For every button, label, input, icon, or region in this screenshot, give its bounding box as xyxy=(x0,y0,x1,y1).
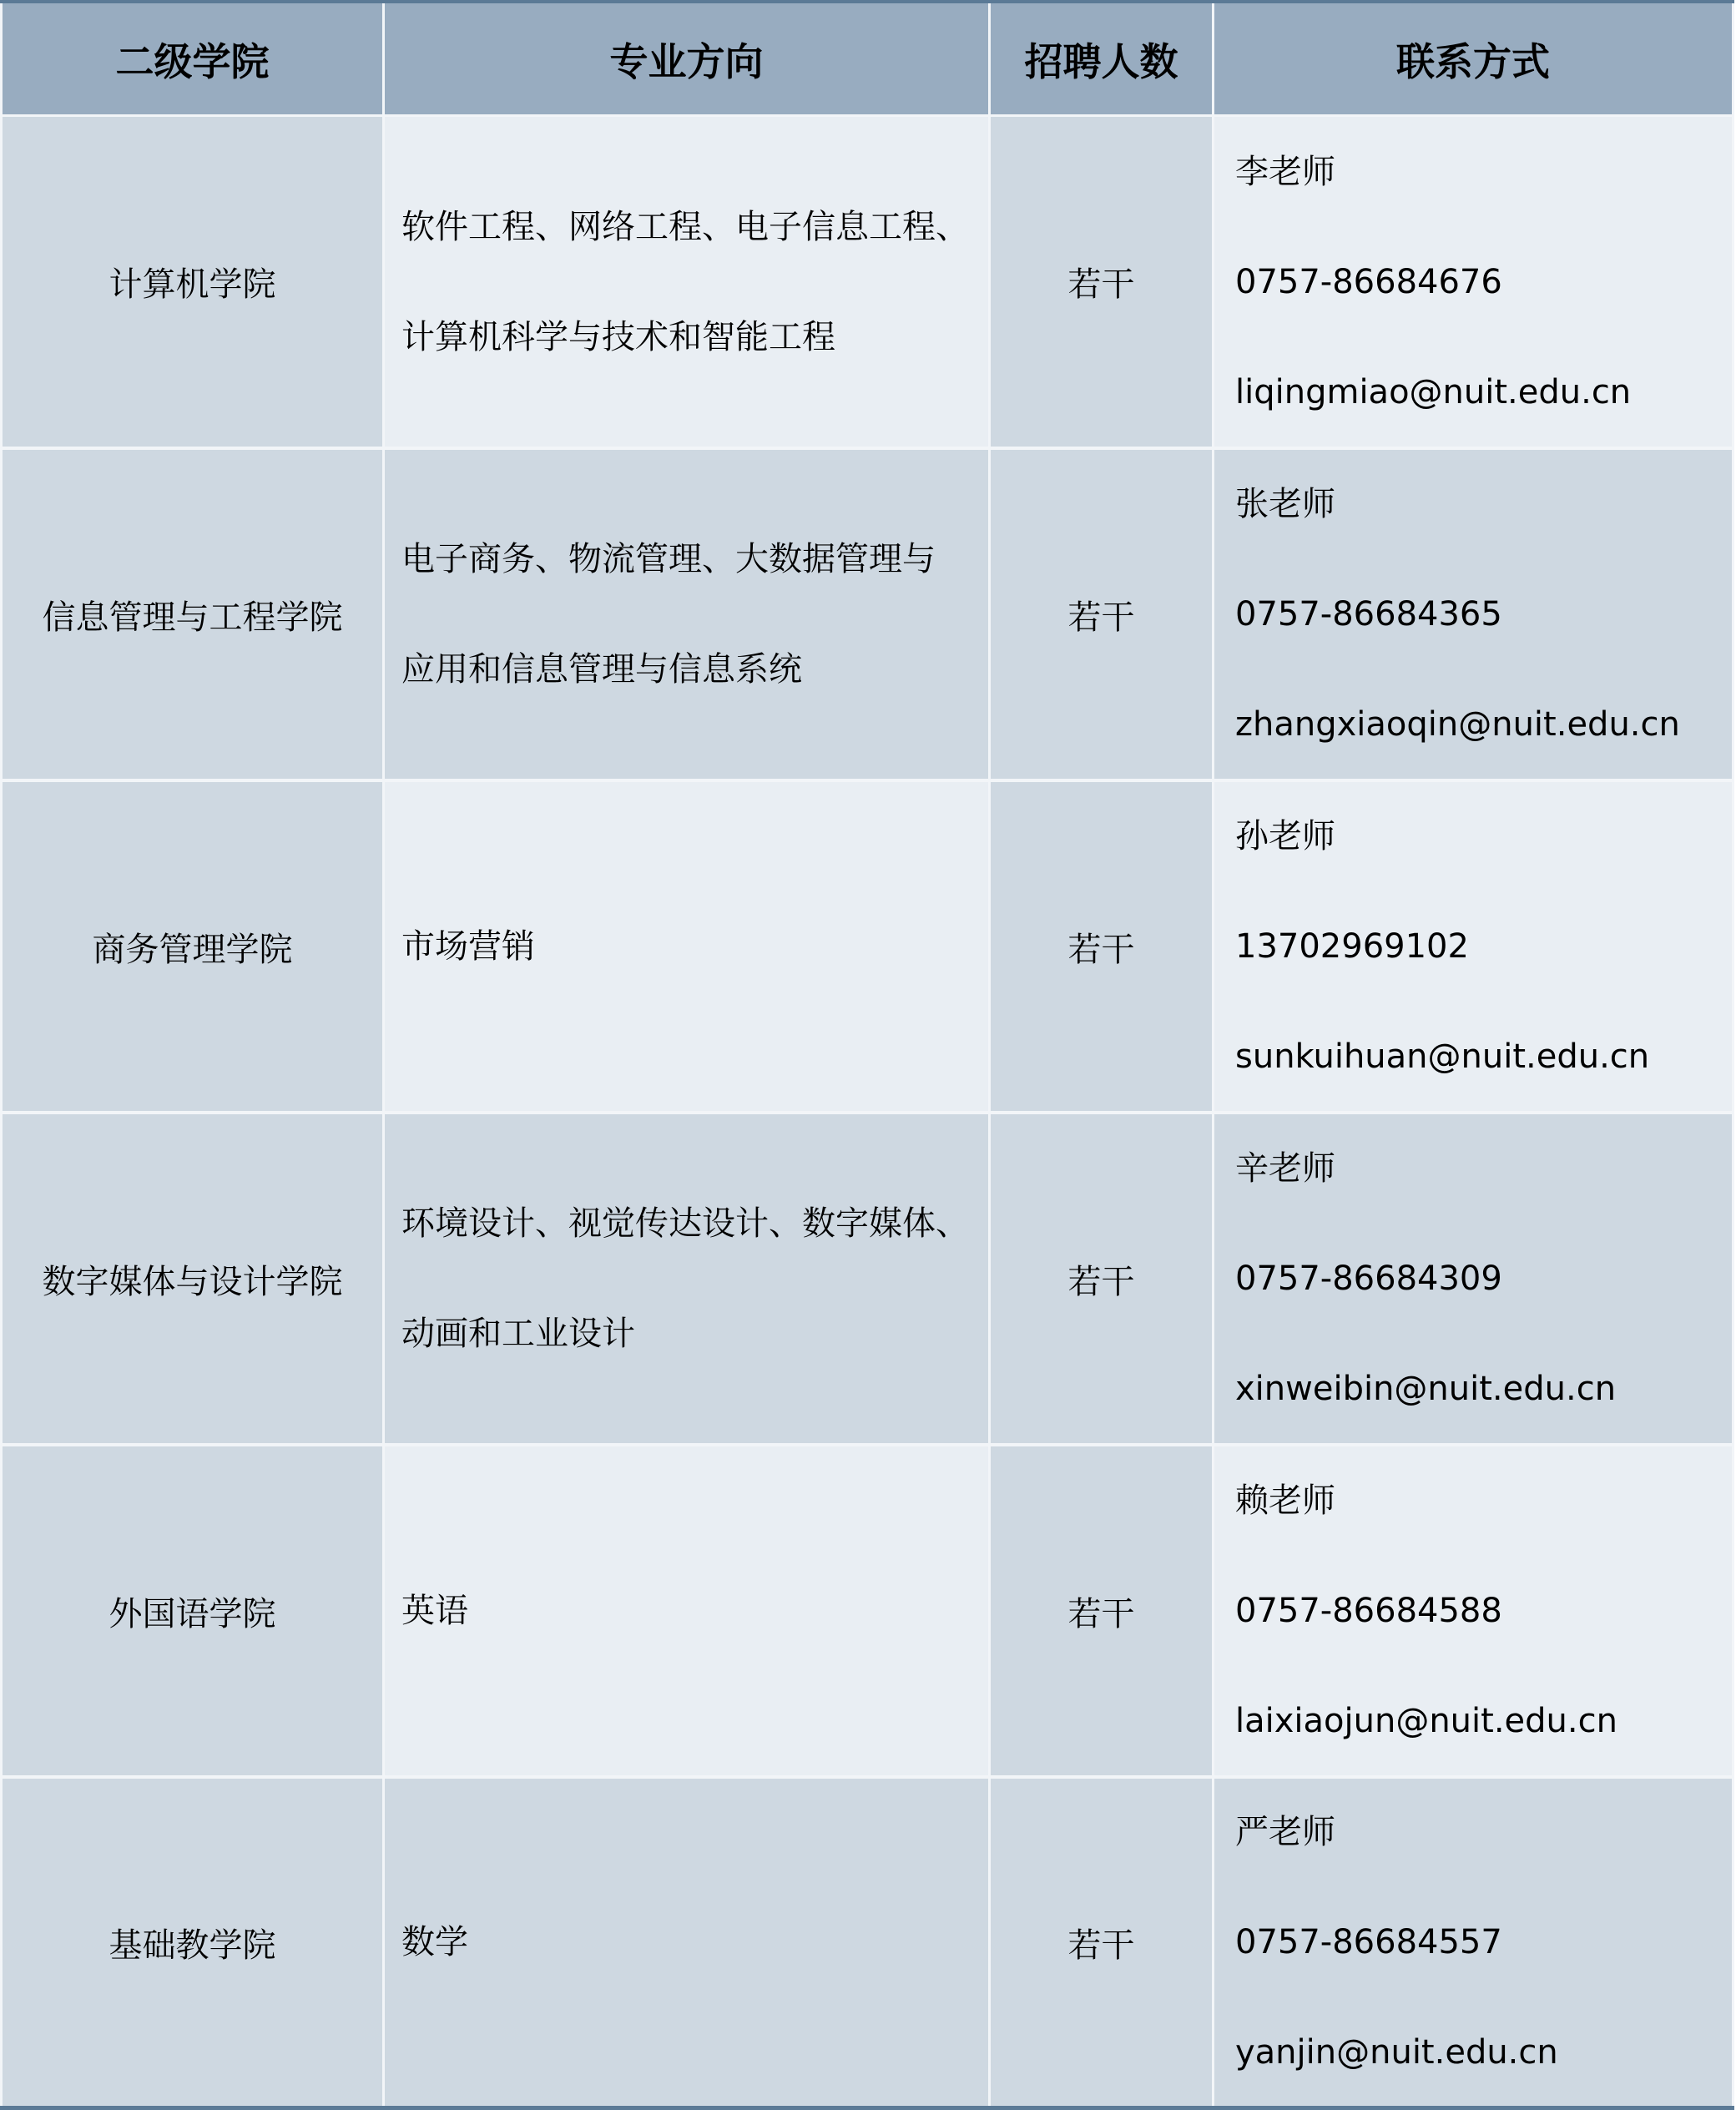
contact-cell: 辛老师 0757-86684309 xinweibin@nuit.edu.cn xyxy=(1214,1114,1732,1443)
contact-cell: 孙老师 13702969102 sunkuihuan@nuit.edu.cn xyxy=(1214,782,1732,1111)
table-row: 外国语学院 英语 若干 赖老师 0757-86684588 laixiaojun… xyxy=(0,1446,1734,1775)
table-header-row: 二级学院 专业方向 招聘人数 联系方式 xyxy=(0,3,1734,114)
table-row: 计算机学院 软件工程、网络工程、电子信息工程、 计算机科学与技术和智能工程 若干… xyxy=(0,117,1734,447)
major-line: 软件工程、网络工程、电子信息工程、 xyxy=(401,172,969,282)
headcount-cell: 若干 xyxy=(991,1446,1212,1775)
contact-phone: 0757-86684365 xyxy=(1235,559,1502,669)
major-cell: 英语 xyxy=(385,1446,988,1775)
major-cell: 市场营销 xyxy=(385,782,988,1111)
contact-name: 赖老师 xyxy=(1235,1446,1335,1556)
headcount-cell: 若干 xyxy=(991,1779,1212,2106)
contact-email[interactable]: zhangxiaoqin@nuit.edu.cn xyxy=(1235,669,1680,780)
major-line: 英语 xyxy=(401,1556,468,1666)
headcount-cell: 若干 xyxy=(991,117,1212,447)
header-headcount: 招聘人数 xyxy=(991,3,1212,114)
recruitment-table: 二级学院 专业方向 招聘人数 联系方式 计算机学院 软件工程、网络工程、电子信息… xyxy=(0,0,1734,2110)
contact-email[interactable]: liqingmiao@nuit.edu.cn xyxy=(1235,337,1631,447)
header-college: 二级学院 xyxy=(3,3,382,114)
major-cell: 电子商务、物流管理、大数据管理与 应用和信息管理与信息系统 xyxy=(385,450,988,779)
college-cell: 数字媒体与设计学院 xyxy=(3,1114,382,1443)
college-cell: 外国语学院 xyxy=(3,1446,382,1775)
major-line: 环境设计、视觉传达设计、数字媒体、 xyxy=(401,1169,969,1279)
contact-phone: 0757-86684588 xyxy=(1235,1556,1502,1666)
major-cell: 软件工程、网络工程、电子信息工程、 计算机科学与技术和智能工程 xyxy=(385,117,988,447)
major-line: 电子商务、物流管理、大数据管理与 xyxy=(401,504,936,614)
college-cell: 商务管理学院 xyxy=(3,782,382,1111)
contact-phone: 0757-86684557 xyxy=(1235,1887,1502,1997)
contact-name: 李老师 xyxy=(1235,117,1335,227)
table-row: 商务管理学院 市场营销 若干 孙老师 13702969102 sunkuihua… xyxy=(0,782,1734,1111)
contact-email[interactable]: yanjin@nuit.edu.cn xyxy=(1235,1997,1558,2107)
contact-name: 辛老师 xyxy=(1235,1113,1335,1224)
contact-cell: 张老师 0757-86684365 zhangxiaoqin@nuit.edu.… xyxy=(1214,450,1732,779)
contact-name: 张老师 xyxy=(1235,449,1335,559)
contact-phone: 0757-86684676 xyxy=(1235,227,1502,337)
table-row: 信息管理与工程学院 电子商务、物流管理、大数据管理与 应用和信息管理与信息系统 … xyxy=(0,450,1734,779)
contact-email[interactable]: sunkuihuan@nuit.edu.cn xyxy=(1235,1002,1649,1112)
college-cell: 信息管理与工程学院 xyxy=(3,450,382,779)
major-line: 数学 xyxy=(401,1887,468,1997)
contact-email[interactable]: xinweibin@nuit.edu.cn xyxy=(1235,1334,1616,1444)
header-contact: 联系方式 xyxy=(1214,3,1732,114)
major-cell: 环境设计、视觉传达设计、数字媒体、 动画和工业设计 xyxy=(385,1114,988,1443)
contact-cell: 严老师 0757-86684557 yanjin@nuit.edu.cn xyxy=(1214,1779,1732,2106)
major-line: 应用和信息管理与信息系统 xyxy=(401,614,802,724)
table-row: 基础教学院 数学 若干 严老师 0757-86684557 yanjin@nui… xyxy=(0,1779,1734,2106)
headcount-cell: 若干 xyxy=(991,450,1212,779)
college-cell: 基础教学院 xyxy=(3,1779,382,2106)
table-row: 数字媒体与设计学院 环境设计、视觉传达设计、数字媒体、 动画和工业设计 若干 辛… xyxy=(0,1114,1734,1443)
major-cell: 数学 xyxy=(385,1779,988,2106)
headcount-cell: 若干 xyxy=(991,782,1212,1111)
college-cell: 计算机学院 xyxy=(3,117,382,447)
contact-cell: 赖老师 0757-86684588 laixiaojun@nuit.edu.cn xyxy=(1214,1446,1732,1775)
contact-name: 孙老师 xyxy=(1235,781,1335,891)
contact-cell: 李老师 0757-86684676 liqingmiao@nuit.edu.cn xyxy=(1214,117,1732,447)
major-line: 市场营销 xyxy=(401,891,535,1002)
major-line: 计算机科学与技术和智能工程 xyxy=(401,282,835,392)
contact-name: 严老师 xyxy=(1235,1777,1335,1887)
contact-phone: 0757-86684309 xyxy=(1235,1224,1502,1334)
major-line: 动画和工业设计 xyxy=(401,1279,635,1389)
header-major: 专业方向 xyxy=(385,3,988,114)
headcount-cell: 若干 xyxy=(991,1114,1212,1443)
contact-phone: 13702969102 xyxy=(1235,891,1469,1002)
contact-email[interactable]: laixiaojun@nuit.edu.cn xyxy=(1235,1666,1617,1776)
